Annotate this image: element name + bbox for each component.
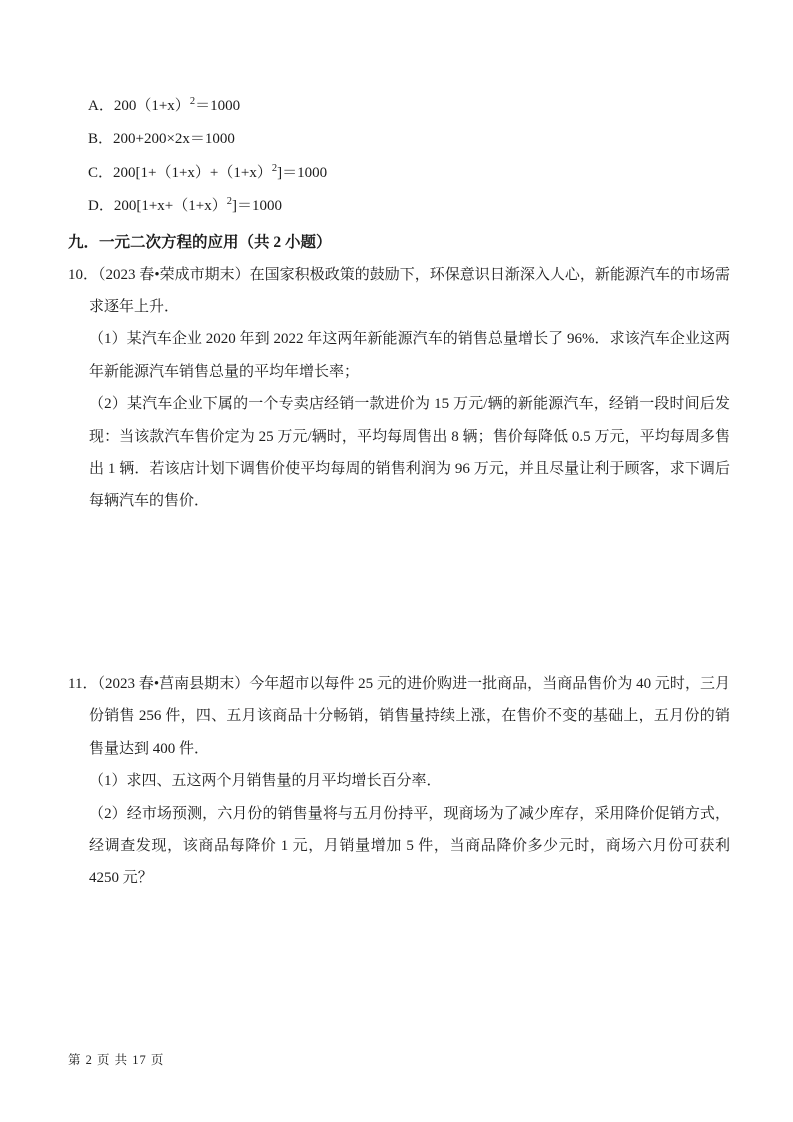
problem-10-part2: （2）某汽车企业下属的一个专卖店经销一款进价为 15 万元/辆的新能源汽车，经销… bbox=[68, 388, 730, 518]
option-c: C．200[1+（1+x）+（1+x）2]＝1000 bbox=[68, 157, 730, 190]
option-b-formula: 200+200×2x＝1000 bbox=[113, 131, 235, 147]
option-a-label: A． bbox=[88, 98, 114, 114]
option-a-formula-end: ＝1000 bbox=[195, 98, 240, 114]
worksheet-page: A．200（1+x）2＝1000 B．200+200×2x＝1000 C．200… bbox=[0, 0, 793, 1122]
option-d-label: D． bbox=[88, 198, 114, 214]
option-d: D．200[1+x+（1+x）2]＝1000 bbox=[68, 190, 730, 223]
problem-11-part2: （2）经市场预测，六月份的销售量将与五月份持平，现商场为了减少库存，采用降价促销… bbox=[68, 798, 730, 895]
problem-11-part1: （1）求四、五这两个月销售量的月平均增长百分率． bbox=[68, 765, 730, 797]
problem-10-number: 10． bbox=[68, 267, 98, 283]
choice-options: A．200（1+x）2＝1000 B．200+200×2x＝1000 C．200… bbox=[68, 90, 730, 224]
problem-11-intro: 11．（2023 春•莒南县期末）今年超市以每件 25 元的进价购进一批商品，当… bbox=[68, 668, 730, 765]
option-b-label: B． bbox=[88, 131, 113, 147]
problem-10-intro: 10．（2023 春•荣成市期末）在国家积极政策的鼓励下，环保意识日渐深入人心，… bbox=[68, 259, 730, 324]
problem-11: 11．（2023 春•莒南县期末）今年超市以每件 25 元的进价购进一批商品，当… bbox=[68, 668, 730, 895]
problem-10-intro-text: （2023 春•荣成市期末）在国家积极政策的鼓励下，环保意识日渐深入人心，新能源… bbox=[89, 267, 730, 315]
problem-11-intro-text: （2023 春•莒南县期末）今年超市以每件 25 元的进价购进一批商品，当商品售… bbox=[89, 676, 730, 757]
option-c-label: C． bbox=[88, 165, 113, 181]
option-d-formula: 200[1+x+（1+x） bbox=[114, 198, 227, 214]
option-d-formula-end: ]＝1000 bbox=[232, 198, 282, 214]
problem-10: 10．（2023 春•荣成市期末）在国家积极政策的鼓励下，环保意识日渐深入人心，… bbox=[68, 259, 730, 518]
page-number-footer: 第 2 页 共 17 页 bbox=[68, 1050, 164, 1068]
problem-10-part1: （1）某汽车企业 2020 年到 2022 年这两年新能源汽车的销售总量增长了 … bbox=[68, 323, 730, 388]
option-b: B．200+200×2x＝1000 bbox=[68, 123, 730, 156]
problem-11-number: 11． bbox=[68, 676, 98, 692]
option-c-formula-end: ]＝1000 bbox=[277, 165, 327, 181]
option-a-formula: 200（1+x） bbox=[114, 98, 190, 114]
section-heading: 九．一元二次方程的应用（共 2 小题） bbox=[68, 226, 730, 259]
option-c-formula: 200[1+（1+x）+（1+x） bbox=[113, 165, 272, 181]
option-a: A．200（1+x）2＝1000 bbox=[68, 90, 730, 123]
page-content: A．200（1+x）2＝1000 B．200+200×2x＝1000 C．200… bbox=[68, 90, 730, 895]
answer-space bbox=[68, 518, 730, 668]
